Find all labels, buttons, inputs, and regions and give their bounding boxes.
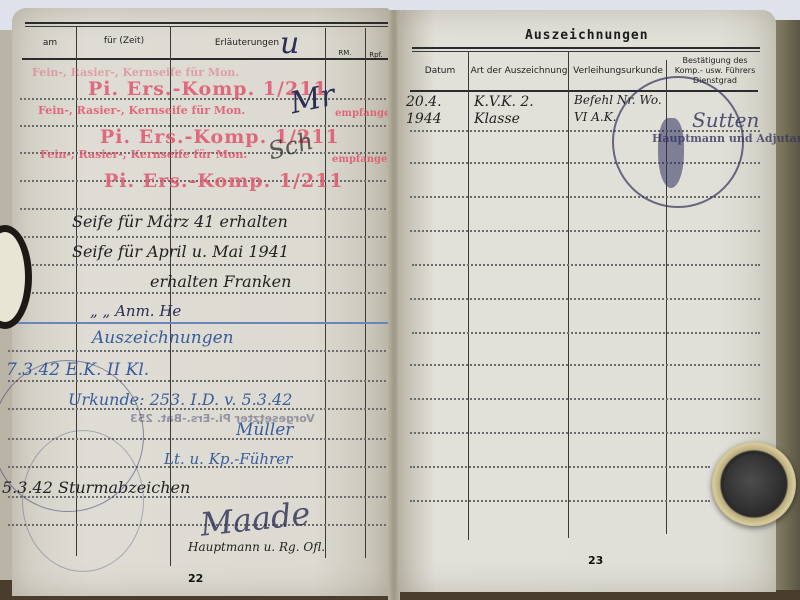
row-line	[410, 466, 710, 468]
underline-blue	[0, 322, 388, 324]
mirrored-stamp-text: Vorgesetzter Pi.-Ers.-Bat. 253	[130, 412, 315, 425]
row-line	[410, 364, 760, 366]
page-number-right: 23	[588, 554, 603, 567]
row-line	[12, 292, 386, 294]
coin-face	[724, 454, 784, 514]
col-header-urkunde: Verleihungsurkunde	[570, 66, 666, 77]
red-stamp-soap: Fein-, Rasier-, Kernseife für Mon.	[40, 148, 247, 161]
col-header-datum: Datum	[412, 66, 468, 77]
round-stamp	[22, 430, 144, 572]
coin	[712, 442, 796, 526]
signature-mark: u	[280, 26, 299, 61]
col-header-erlaeuterungen: Erläuterungen	[172, 38, 322, 49]
stamp-eagle-emblem	[658, 118, 684, 188]
row-line	[12, 264, 386, 266]
col-header-fuer-zeit: für (Zeit)	[78, 36, 170, 47]
red-stamp-company: Pi. Ers.-Komp. 1/211	[104, 170, 344, 192]
handwritten-entry: Seife für März 41 erhalten	[72, 212, 288, 231]
row-line	[8, 350, 386, 352]
award-date: 20.4. 1944	[406, 94, 466, 128]
page-title: Auszeichnungen	[525, 28, 649, 43]
header-rule-top-2	[25, 26, 390, 27]
row-line	[412, 332, 760, 334]
handwritten-entry: Seife für April u. Mai 1941	[72, 242, 289, 261]
row-line	[410, 432, 760, 434]
col-header-rm: RM.	[326, 48, 364, 59]
handwritten-entry: erhalten Franken	[150, 272, 291, 291]
red-stamp-soap: Fein-, Rasier-, Kernseife für Mon.	[38, 104, 245, 117]
col-header-art: Art der Auszeichnung	[470, 66, 568, 77]
red-stamp-received: empfangen	[332, 154, 395, 165]
handwritten-entry: Lt. u. Kp.-Führer	[164, 450, 292, 468]
handwritten-entry: „ „ Anm. He	[90, 302, 181, 320]
row-line	[410, 398, 760, 400]
page-number-left: 22	[188, 572, 203, 585]
header-rule-top	[412, 47, 760, 49]
handwritten-entry: Hauptmann u. Rg. Ofl.	[188, 540, 325, 554]
award-type: K.V.K. 2. Klasse	[474, 94, 566, 128]
row-line	[412, 264, 760, 266]
row-line	[20, 208, 386, 210]
row-line	[410, 298, 760, 300]
header-rule-top-2	[412, 51, 760, 52]
handwritten-entry: Auszeichnungen	[92, 328, 234, 348]
row-line	[410, 500, 710, 502]
header-rule-top	[25, 22, 390, 24]
col-header-rpf: Rpf.	[364, 50, 388, 61]
row-line	[12, 236, 386, 238]
row-line	[410, 230, 760, 232]
col-header-am: am	[28, 38, 72, 49]
